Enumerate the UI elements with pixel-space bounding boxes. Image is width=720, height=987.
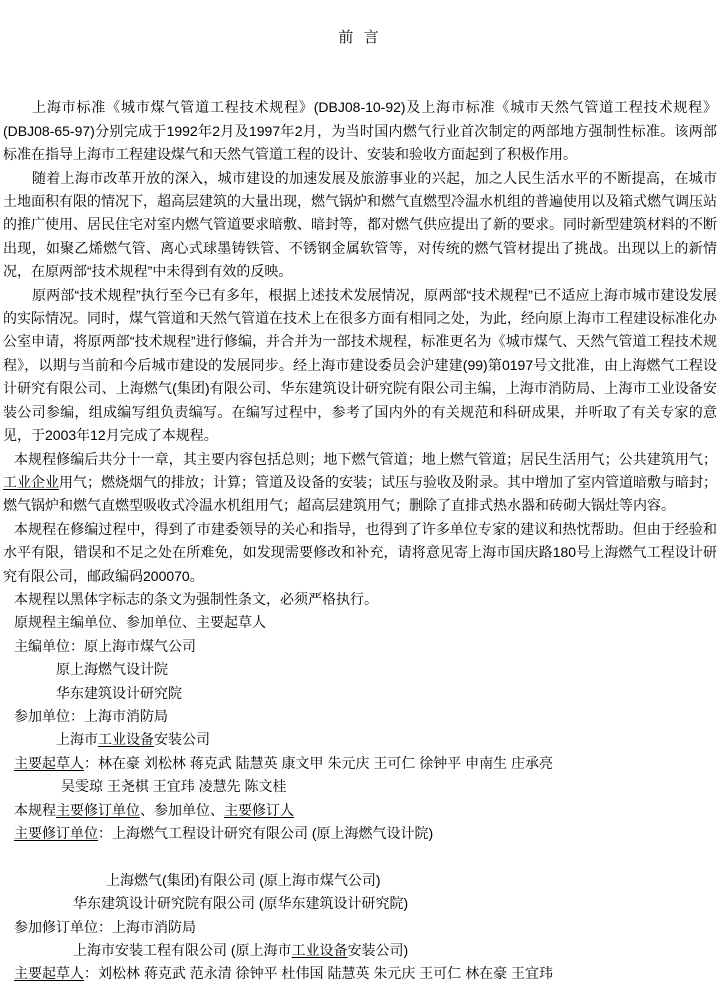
text-segment: 上海市安装工程有限公司 (原上海市 xyxy=(73,942,292,958)
line-revision-drafters: 主要起草人：刘松林 蒋克武 范永清 徐钟平 杜伟国 陆慧英 朱元庆 王可仁 林在… xyxy=(3,962,717,985)
text-segment: ：上海燃气工程设计研究有限公司 (原上海燃气设计院) xyxy=(98,825,433,841)
text-segment: ：林在豪 刘松林 蒋克武 陆慧英 康文甲 朱元庆 王可仁 徐钟平 申南生 庄承亮 xyxy=(84,755,553,771)
underlined-text: 主要修订人 xyxy=(224,802,294,818)
line-revision-chief-unit: 主要修订单位：上海燃气工程设计研究有限公司 (原上海燃气设计院) xyxy=(3,822,717,845)
line-mandatory-clause-note: 本规程以黑体字标志的条文为强制性条文，必须严格执行。 xyxy=(3,588,717,611)
line-revision-units-header: 本规程主要修订单位、参加单位、主要修订人 xyxy=(3,799,717,822)
underlined-text: 工业设备 xyxy=(292,942,348,958)
line-revision-chief-unit-2: 上海燃气(集团)有限公司 (原上海市煤气公司) xyxy=(3,869,717,892)
line-chief-editor-unit-2: 原上海燃气设计院 xyxy=(3,658,717,681)
underlined-text: 主要起草人 xyxy=(14,755,84,771)
line-chief-editor-unit: 主编单位：原上海市煤气公司 xyxy=(3,635,717,658)
text-segment: 本规程 xyxy=(14,802,56,818)
text-segment: 安装公司 xyxy=(154,731,210,747)
line-revision-participant-unit: 参加修订单位：上海市消防局 xyxy=(3,916,717,939)
blank-line xyxy=(3,845,717,868)
line-revision-chief-unit-3: 华东建筑设计研究院有限公司 (原华东建筑设计研究院) xyxy=(3,892,717,915)
text-segment: 安装公司) xyxy=(348,942,409,958)
text-segment: 用气；燃烧烟气的排放；计算；管道及设备的安装；试压与验收及附录。其中增加了室内管… xyxy=(3,474,717,513)
text-segment: ：刘松林 蒋克武 范永清 徐钟平 杜伟国 陆慧英 朱元庆 王可仁 林在豪 王宜玮 xyxy=(84,965,553,981)
page-title: 前 言 xyxy=(3,26,717,49)
paragraph-urban-development: 随着上海市改革开放的深入，城市建设的加速发展及旅游事业的兴起，加之人民生活水平的… xyxy=(3,167,717,284)
line-original-drafters-continued: 吴雯琼 王尧棋 王宜玮 凌慧先 陈文桂 xyxy=(3,775,717,798)
underlined-text: 工业设备 xyxy=(98,731,154,747)
line-revision-participant-unit-2: 上海市安装工程有限公司 (原上海市工业设备安装公司) xyxy=(3,939,717,962)
line-participant-unit: 参加单位：上海市消防局 xyxy=(3,705,717,728)
text-segment: 本规程修编后共分十一章，其主要内容包括总则；地下燃气管道；地上燃气管道；居民生活… xyxy=(14,451,717,467)
text-segment: 、参加单位、 xyxy=(140,802,224,818)
paragraph-standards-history: 上海市标准《城市煤气管道工程技术规程》(DBJ08-10-92)及上海市标准《城… xyxy=(3,96,717,166)
underlined-text: 主要修订单位 xyxy=(56,802,140,818)
underlined-text: 工业企业 xyxy=(3,474,59,490)
text-segment: 上海市 xyxy=(56,731,98,747)
line-participant-unit-2: 上海市工业设备安装公司 xyxy=(3,728,717,751)
underlined-text: 主要起草人 xyxy=(14,965,84,981)
paragraph-revision-approval: 原两部“技术规程”执行至今已有多年，根据上述技术发展情况，原两部“技术规程”已不… xyxy=(3,284,717,448)
paragraph-chapter-contents: 本规程修编后共分十一章，其主要内容包括总则；地下燃气管道；地上燃气管道；居民生活… xyxy=(3,448,717,518)
line-chief-editor-unit-3: 华东建筑设计研究院 xyxy=(3,682,717,705)
line-original-drafters: 主要起草人：林在豪 刘松林 蒋克武 陆慧英 康文甲 朱元庆 王可仁 徐钟平 申南… xyxy=(3,752,717,775)
line-original-units-header: 原规程主编单位、参加单位、主要起草人 xyxy=(3,611,717,634)
paragraph-feedback-address: 本规程在修编过程中，得到了市建委领导的关心和指导，也得到了许多单位专家的建议和热… xyxy=(3,518,717,588)
underlined-text: 主要修订单位 xyxy=(14,825,98,841)
document-page: 前 言 上海市标准《城市煤气管道工程技术规程》(DBJ08-10-92)及上海市… xyxy=(0,0,720,987)
